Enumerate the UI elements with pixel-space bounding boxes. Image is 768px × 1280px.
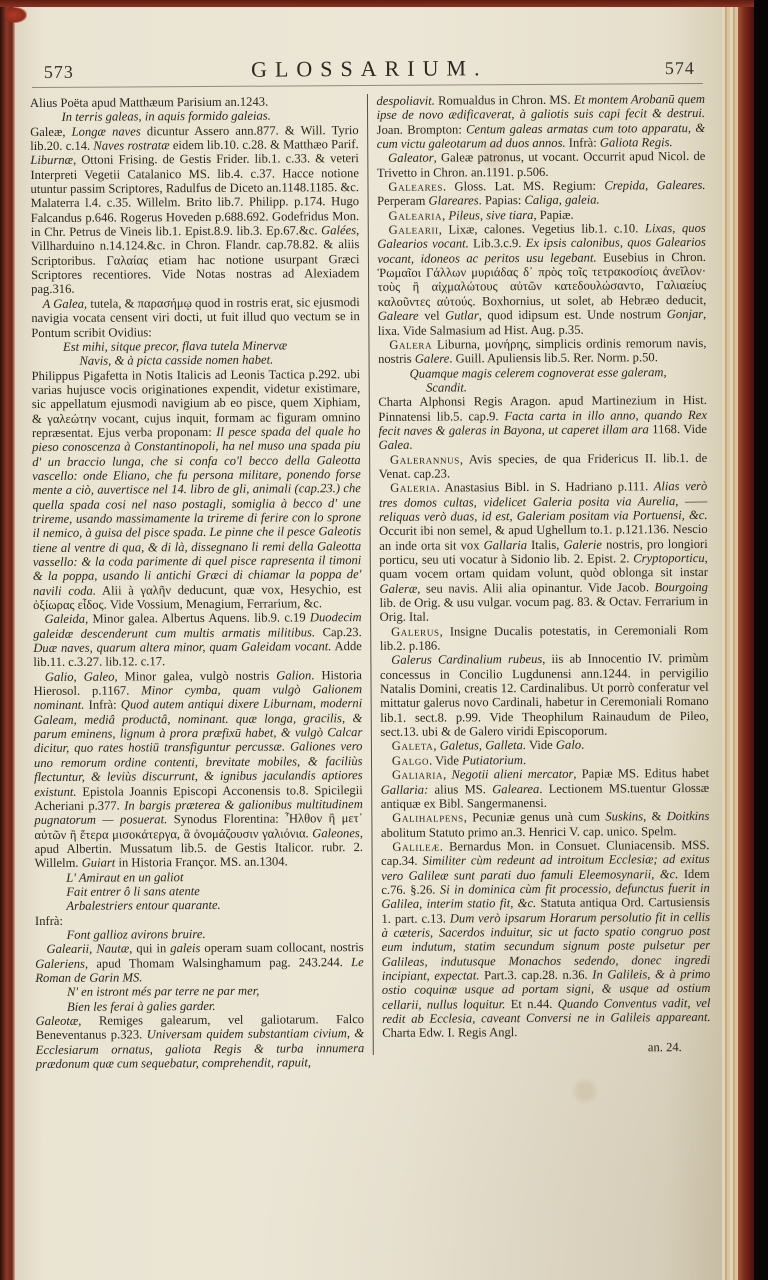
glossary-page: 573 GLOSSARIUM. 574 Alius Poëta apud Mat… bbox=[15, 6, 722, 1280]
text-run: , qui in bbox=[129, 942, 170, 956]
paragraph: an. 24. bbox=[382, 1040, 711, 1056]
text-run: , quod idipsum est. Unde nostrum bbox=[479, 307, 667, 322]
text-run: in Historia Françor. MS. an.1304. bbox=[115, 855, 288, 870]
text-run: Galeare bbox=[378, 309, 419, 323]
text-run: Galeæ, bbox=[30, 124, 72, 138]
paragraph: Galiaria, Negotii alieni mercator, Papiæ… bbox=[381, 766, 710, 811]
text-run: Perperam bbox=[377, 194, 428, 208]
text-run: Joan. Brompton: bbox=[377, 122, 467, 137]
text-run: . Guill. Apuliensis lib.5. Rer. Norm. p.… bbox=[449, 350, 658, 365]
paragraph: Galihalpens, Pecuniæ genus unà cum Suski… bbox=[381, 809, 710, 840]
text-run: Similiter cùm redeunt ad introitum Eccle… bbox=[381, 852, 710, 882]
text-run: Longæ naves bbox=[72, 124, 141, 138]
text-run: Galeator bbox=[388, 151, 434, 165]
paragraph: Quamque magis celerem cognoverat esse ga… bbox=[410, 364, 707, 380]
text-run: Galeida bbox=[44, 612, 85, 626]
text-run: Arbalestriers entour quarante. bbox=[66, 898, 220, 913]
text-run: Romualdus in Chron. MS. bbox=[435, 93, 574, 108]
text-run: Italis, bbox=[527, 537, 564, 551]
text-run: an. 24. bbox=[648, 1040, 682, 1054]
text-run: Infrà: bbox=[84, 698, 121, 712]
text-run: alius MS. bbox=[428, 782, 492, 796]
entry-headword: Galerannus bbox=[390, 452, 460, 466]
text-run: , apud Thomam Walsinghamum pag. 243.244. bbox=[85, 955, 351, 971]
column-right: despoliavit. Romualdus in Chron. MS. Et … bbox=[367, 92, 710, 1069]
text-run: . bbox=[581, 738, 584, 752]
book-binding-right bbox=[738, 0, 754, 1280]
text-run: Et n.44. bbox=[505, 997, 557, 1011]
paragraph: despoliavit. Romualdus in Chron. MS. Et … bbox=[376, 92, 705, 151]
text-run: Quamque magis celerem cognoverat esse ga… bbox=[410, 365, 667, 381]
entry-headword: Galgo bbox=[392, 753, 429, 767]
text-run: Guiart bbox=[82, 856, 116, 870]
text-run: abolitum Statuto primo an.3. Henrici V. … bbox=[381, 824, 677, 840]
paragraph: Galerus Cardinalium rubeus, iis ab Innoc… bbox=[380, 651, 709, 739]
text-run: Galea bbox=[379, 438, 410, 452]
text-run: Liburnæ bbox=[30, 153, 73, 167]
text-run: . bbox=[409, 438, 412, 452]
text-run: Cryptoporticu bbox=[633, 551, 704, 565]
paragraph: Galeria. Anastasius Bibl. in S. Hadriano… bbox=[379, 479, 708, 624]
text-run: Cap.23. bbox=[315, 625, 362, 639]
entry-headword: Galeta bbox=[392, 739, 434, 753]
entry-headword: Galerus bbox=[391, 624, 440, 638]
entry-headword: Galearii bbox=[389, 223, 439, 237]
text-run: , Minor galea, vulgò nostris bbox=[114, 668, 276, 683]
paragraph: Galearii, Nautæ, qui in galeis operam su… bbox=[35, 940, 364, 985]
column-left: Alius Poëta apud Matthæum Parisium an.12… bbox=[30, 94, 372, 1071]
book-scan: 573 GLOSSARIUM. 574 Alius Poëta apud Mat… bbox=[0, 0, 768, 1280]
paragraph: Galeida, Minor galea. Albertus Aquens. l… bbox=[33, 610, 362, 669]
text-run: . bbox=[523, 753, 526, 767]
text-run: Galearea bbox=[492, 781, 539, 795]
background-void bbox=[754, 0, 768, 1280]
page-content: 573 GLOSSARIUM. 574 Alius Poëta apud Mat… bbox=[12, 4, 725, 1072]
paragraph: Galeator, Galeæ patronus, ut vocant. Occ… bbox=[377, 149, 706, 180]
text-run: Lib.3.c.9. bbox=[469, 236, 526, 250]
text-run: Galearii, Nautæ bbox=[46, 942, 129, 957]
text-run: , Papiæ MS. Editus habet bbox=[573, 766, 709, 781]
text-run: Il pesce spada del quale ho pieso conosc… bbox=[32, 424, 361, 598]
text-run: In terris galeas, in aquis formido galei… bbox=[62, 109, 271, 124]
paragraph: Galileæ. Bernardus Mon. in Consuet. Clun… bbox=[381, 838, 711, 1041]
entry-headword: Galihalpens bbox=[392, 811, 464, 825]
text-run: , Ottoni Frising. de Gestis Frider. lib.… bbox=[30, 151, 359, 239]
book-binding-top bbox=[0, 0, 754, 7]
text-run: Infrà: bbox=[566, 136, 600, 150]
text-run: Galiota Regis. bbox=[600, 135, 673, 149]
paragraph: Galeæ, Longæ naves dicuntur Assero ann.8… bbox=[30, 123, 360, 297]
text-run: lib. de Orig. & usu vulgar. vocum pag. 8… bbox=[380, 594, 709, 624]
text-run: Galio, Galeo bbox=[45, 669, 115, 683]
text-run: Charta Edw. I. Regis Angl. bbox=[382, 1025, 517, 1040]
text-run: , Papiæ. bbox=[533, 207, 573, 221]
paragraph: Charta Alphonsi Regis Aragon. apud Marti… bbox=[378, 393, 707, 452]
text-run: . Gloss. Lat. MS. Regium: bbox=[443, 179, 604, 194]
text-run: Vide bbox=[526, 738, 556, 752]
page-edge-stack bbox=[722, 0, 738, 1280]
text-run: Gutlar bbox=[445, 308, 479, 322]
text-run: Galeriens bbox=[35, 956, 85, 970]
text-run: Pileus, sive tiara bbox=[448, 208, 533, 223]
red-edge-mark bbox=[5, 7, 27, 23]
text-run: , Lixæ, calones. Vegetius lib.1. c.10. bbox=[439, 221, 645, 236]
text-run: Alius Poëta apud Matthæum Parisium an.12… bbox=[30, 95, 268, 110]
text-run: 1168. Vide bbox=[649, 422, 707, 436]
text-run: L' Amiraut en un galiot bbox=[66, 870, 183, 885]
text-run: N' en istront més par terre ne par mer, bbox=[67, 984, 259, 999]
entry-headword: Galileæ bbox=[392, 839, 440, 853]
text-run: Putiatorium bbox=[462, 753, 523, 767]
page-number-left: 573 bbox=[44, 62, 114, 83]
text-run: Infrà: bbox=[35, 913, 63, 927]
text-run: . Anastasius Bibl. in S. Hadriano p.111. bbox=[437, 480, 654, 495]
text-run: despoliavit. bbox=[376, 94, 435, 108]
text-run: Fait entrer ô li sans atente bbox=[66, 884, 200, 899]
text-run: Galeræ bbox=[379, 581, 417, 595]
page-number-right: 574 bbox=[625, 58, 695, 79]
text-run: Glareares bbox=[428, 194, 478, 208]
page-title: GLOSSARIUM. bbox=[114, 54, 625, 83]
text-run: operam suam collocant, nostris bbox=[200, 940, 363, 955]
entry-headword: Galeares bbox=[388, 180, 443, 194]
text-run: Galeones bbox=[312, 826, 360, 840]
text-run: Gallaria: bbox=[381, 782, 429, 796]
paragraph: Galerannus, Avis species, de qua Frideri… bbox=[379, 451, 708, 482]
text-run: Bien les ferai à galies garder. bbox=[67, 999, 216, 1014]
text-run: Doitkins bbox=[667, 809, 710, 823]
text-run: A Galea bbox=[43, 297, 85, 311]
paragraph: Galeares. Gloss. Lat. MS. Regium: Crepid… bbox=[377, 178, 706, 209]
text-run: Galion bbox=[276, 668, 311, 682]
text-run: . Vide bbox=[429, 753, 462, 767]
paragraph: Galearii, Lixæ, calones. Vegetius lib.1.… bbox=[377, 221, 706, 338]
paragraph: Galeotæ, Remiges galearum, vel galiotaru… bbox=[36, 1012, 365, 1071]
entry-headword: Galiaria bbox=[392, 768, 443, 782]
text-columns: Alius Poëta apud Matthæum Parisium an.12… bbox=[30, 92, 711, 1071]
text-run: , Minor galea. Albertus Aquens. lib.9. c… bbox=[85, 611, 310, 626]
text-run: Bourgoing bbox=[654, 580, 708, 594]
text-run: Navis, & à picta casside nomen habet. bbox=[79, 353, 273, 368]
text-run: Galere bbox=[415, 352, 450, 366]
text-run: eidem lib.10. c.28. & Matthæo Parif. bbox=[170, 137, 359, 152]
paragraph: Galerus, Insigne Ducalis potestatis, in … bbox=[380, 623, 709, 654]
text-run: Galeotæ bbox=[36, 1014, 79, 1028]
paragraph: Philippus Pigafetta in Notis Italicis ad… bbox=[32, 367, 362, 613]
entry-headword: Galera bbox=[389, 337, 432, 351]
text-run: Gonjar bbox=[667, 307, 703, 321]
text-run: Galerus Cardinalium rubeus bbox=[391, 652, 542, 667]
text-run: Negotii alieni mercator bbox=[451, 767, 573, 782]
text-run: Galées bbox=[321, 223, 356, 237]
text-run: Crepida, Galeares. bbox=[604, 178, 705, 193]
page-header: 573 GLOSSARIUM. 574 bbox=[30, 54, 705, 86]
text-run: . Papias: bbox=[479, 193, 525, 207]
text-run: Naves rostratæ bbox=[93, 138, 169, 152]
text-run: Scandit. bbox=[426, 380, 467, 394]
text-run: Suskins bbox=[605, 810, 643, 824]
text-run: , seu navis. Alii alia opinantur. Vide J… bbox=[417, 580, 654, 595]
paragraph: Galera Liburna, μονήρης, simplicis ordin… bbox=[378, 336, 707, 367]
text-run: Part.3. cap.28. n.36. bbox=[479, 968, 592, 983]
text-run: vel bbox=[419, 309, 446, 323]
text-run: , Pecuniæ genus unà cum bbox=[464, 810, 606, 825]
text-run: Duæ naves, quarum altera minor, quam Gal… bbox=[33, 639, 331, 655]
entry-headword: Galeria bbox=[390, 481, 437, 495]
text-run: Est mihi, sitque precor, flava tutela Mi… bbox=[63, 338, 287, 353]
text-run: galeis bbox=[170, 941, 200, 955]
text-run: , & bbox=[643, 809, 667, 823]
entry-headword: Galearia bbox=[388, 208, 442, 222]
paragraph: Galio, Galeo, Minor galea, vulgò nostris… bbox=[33, 668, 363, 871]
text-run: Gallaria bbox=[484, 538, 527, 552]
text-run: Caliga, galeia. bbox=[524, 193, 599, 207]
text-run: Galo bbox=[556, 738, 581, 752]
paragraph: A Galea, tutela, & παρασήμῳ quod in rost… bbox=[31, 295, 360, 340]
text-run: Galetus, Galleta. bbox=[440, 739, 526, 754]
text-run: Galerie bbox=[563, 537, 602, 551]
text-run: Font gallioz avirons bruire. bbox=[67, 927, 206, 942]
